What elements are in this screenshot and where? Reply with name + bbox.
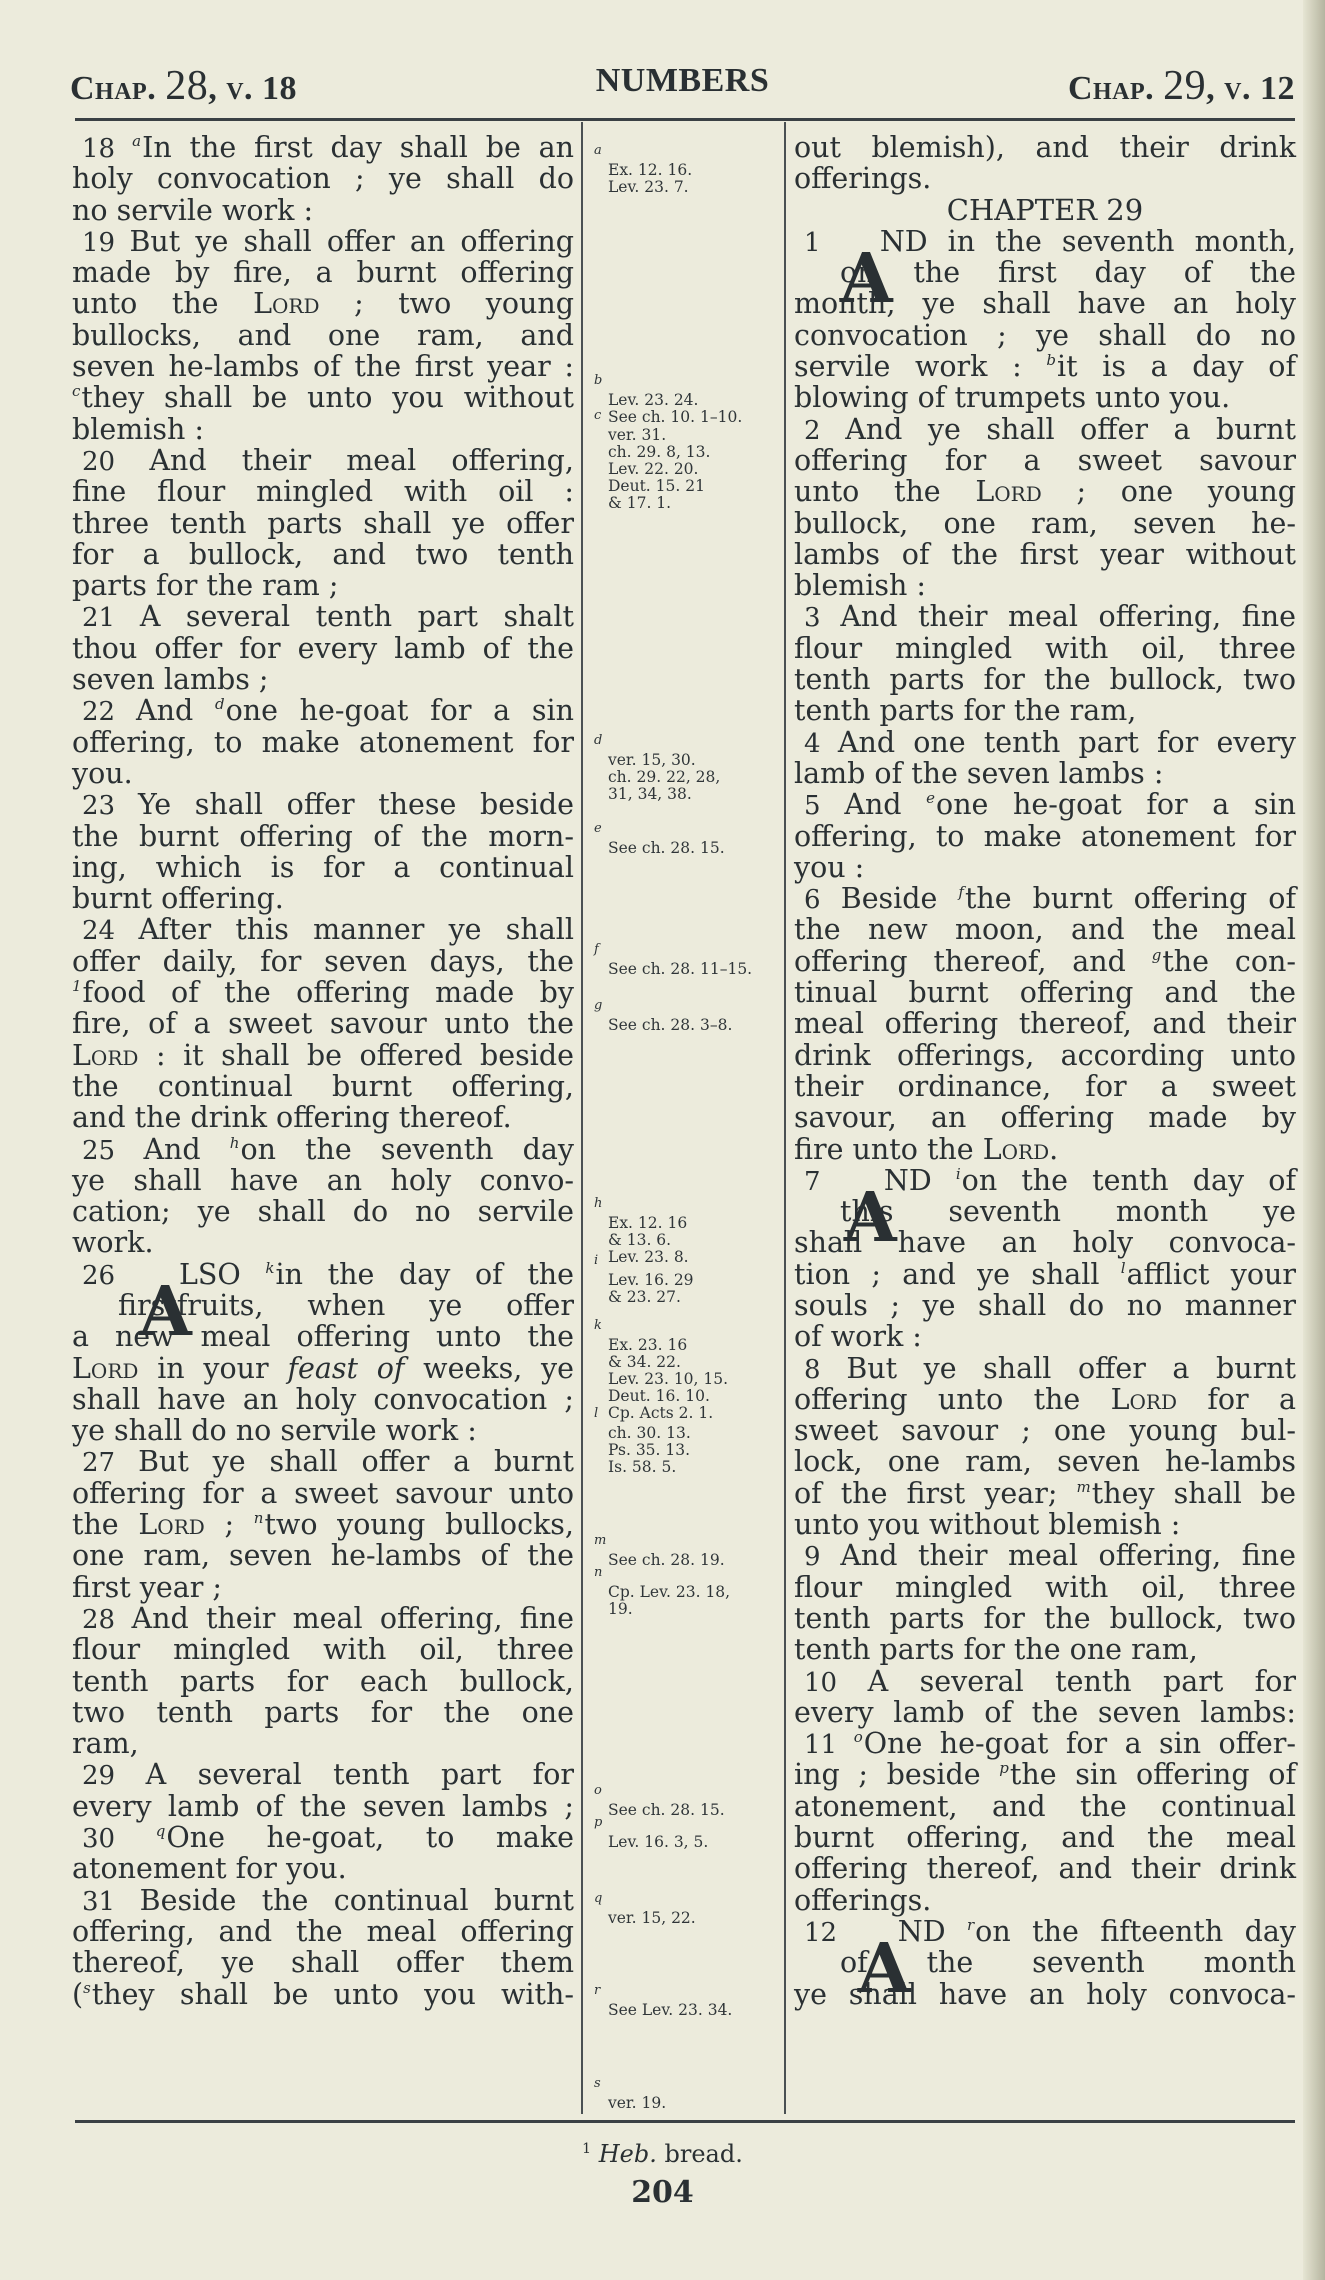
verse-text: ye shall do no servile work :	[72, 1414, 477, 1447]
verse-text: offer daily, for seven days, the	[72, 945, 574, 978]
verse-text: unto the	[72, 287, 253, 320]
text-line: 29 A several tenth part for	[72, 1759, 574, 1790]
text-line: ye shall have an holy convo-	[72, 1165, 574, 1196]
verse-text: ; one young	[1042, 475, 1296, 508]
text-line: work.	[72, 1227, 574, 1258]
text-line: souls ; ye shall do no manner	[794, 1290, 1296, 1321]
verse-text: drink offerings, according unto	[794, 1039, 1296, 1072]
text-line: lamb of the seven lambs :	[794, 758, 1296, 789]
reference-text: & 23. 27.	[594, 1289, 782, 1306]
text-line: ing ; beside pthe sin offering of	[794, 1759, 1296, 1790]
text-line: 19 But ye shall offer an offering	[72, 226, 574, 257]
verse-text: out blemish), and their drink	[794, 131, 1296, 164]
verse-text: holy convocation ; ye shall do	[72, 162, 574, 195]
verse-text: two young bullocks,	[264, 1508, 574, 1541]
text-line: Lord in your feast of weeks, ye	[72, 1353, 574, 1384]
reference-text: See ch. 28. 11–15.	[594, 961, 782, 978]
text-line: blemish :	[794, 570, 1296, 601]
verse-text: unto you without blemish :	[794, 1508, 1180, 1541]
text-line: 5 And eone he-goat for a sin	[794, 789, 1296, 820]
cross-reference-marker: k	[265, 1259, 274, 1277]
verse-text: And	[143, 1133, 229, 1166]
chapter-title: CHAPTER 29	[947, 193, 1143, 227]
reference-letter: d	[594, 733, 602, 748]
chapter-heading: CHAPTER 29	[794, 195, 1296, 226]
verse-text: ye shall have an holy convo-	[72, 1164, 574, 1197]
reference-text: & 34. 22.	[594, 1354, 782, 1371]
text-line: 18 aIn the first day shall be an	[72, 132, 574, 163]
text-line: 1 AND in the seventh month,	[794, 226, 1296, 257]
text-line: the continual burnt offering,	[72, 1071, 574, 1102]
margin-reference: pLev. 16. 3, 5.	[594, 1814, 782, 1851]
running-head: Chap. 28, v. 18 NUMBERS Chap. 29, v. 12	[70, 62, 1295, 112]
verse-text: .	[1049, 1133, 1058, 1166]
reference-text: ver. 31.	[594, 427, 782, 444]
verse-text: convocation ; ye shall do no	[794, 319, 1296, 352]
reference-text: Ex. 12. 16.	[594, 162, 782, 179]
footer-rule	[75, 2120, 1295, 2123]
reference-text: Deut. 16. 10.	[594, 1388, 782, 1405]
verse-number: 11	[804, 1730, 854, 1760]
reference-letter: n	[594, 1565, 602, 1580]
reference-letter: c	[594, 408, 601, 423]
text-line: meal offering thereof, and their	[794, 1008, 1296, 1039]
reference-letter: f	[594, 942, 599, 957]
verse-text: one he-goat for a sin	[936, 788, 1296, 821]
verse-text: bullock, one ram, seven he-	[794, 507, 1296, 540]
verse-text: After this manner ye shall	[139, 913, 574, 946]
cross-reference-marker: i	[956, 1165, 961, 1183]
verse-text: every lamb of the seven lambs:	[794, 1696, 1296, 1729]
verse-text: lamb of the seven lambs :	[794, 757, 1163, 790]
verse-text: first year ;	[72, 1571, 222, 1604]
cross-reference-marker: e	[926, 789, 935, 807]
text-line: offer daily, for seven days, the	[72, 946, 574, 977]
reference-letter: r	[594, 1983, 600, 1998]
verse-text: lock, one ram, seven he-lambs	[794, 1445, 1296, 1478]
reference-text: Lev. 16. 29	[594, 1272, 782, 1289]
divine-name: Lord	[975, 475, 1041, 508]
verse-text: blowing of trumpets unto you.	[794, 381, 1230, 414]
verse-number: 6	[804, 885, 841, 915]
verse-text: it is a day of	[1057, 350, 1296, 383]
verse-text: burnt offering.	[72, 882, 284, 915]
verse-text: A several tenth part for	[868, 1665, 1296, 1698]
verse-text: A several tenth part for	[146, 1758, 574, 1791]
verse-number: 26	[82, 1261, 139, 1291]
text-line: one ram, seven he-lambs of the	[72, 1540, 574, 1571]
margin-reference: eSee ch. 28. 15.	[594, 820, 782, 857]
verse-text: atonement for you.	[72, 1852, 347, 1885]
verse-text: made by fire, a burnt offering	[72, 256, 574, 289]
text-line: their ordinance, for a sweet	[794, 1071, 1296, 1102]
reference-letter: a	[594, 143, 602, 158]
divine-name: Lord	[253, 287, 319, 320]
verse-text: in your	[138, 1352, 287, 1385]
verse-text: they shall be unto you with-	[92, 1978, 574, 2011]
text-line: convocation ; ye shall do no	[794, 320, 1296, 351]
verse-text: But ye shall offer a burnt	[138, 1445, 574, 1478]
cross-reference-marker: m	[1077, 1478, 1091, 1496]
verse-text: afflict your	[1127, 1258, 1296, 1291]
verse-text: offering, to make atonement for	[794, 820, 1296, 853]
text-line: seven lambs ;	[72, 664, 574, 695]
reference-text: & 17. 1.	[594, 495, 782, 512]
verse-number: 20	[82, 447, 149, 477]
reference-text: Deut. 15. 21	[594, 478, 782, 495]
verse-text: tenth parts for the ram,	[794, 694, 1136, 727]
verse-text: blemish :	[794, 569, 926, 602]
text-line: offerings.	[794, 163, 1296, 194]
cross-reference-marker: o	[854, 1728, 863, 1746]
verse-text: parts for the ram ;	[72, 569, 338, 602]
text-line: sweet savour ; one young bul-	[794, 1415, 1296, 1446]
margin-reference: lch. 30. 13.Ps. 35. 13.Is. 58. 5.	[594, 1405, 782, 1476]
verse-text: And	[136, 694, 215, 727]
verse-text: work.	[72, 1226, 154, 1259]
verse-text: Beside the continual burnt	[140, 1884, 574, 1917]
verse-text: one he-goat for a sin	[226, 694, 574, 727]
verse-text: savour, an offering made by	[794, 1101, 1296, 1134]
reference-letter: s	[594, 2076, 601, 2091]
verse-text: shall have an holy convocation ;	[72, 1383, 574, 1416]
verse-text: offering, and the meal offering	[72, 1915, 574, 1948]
reference-text: See ch. 28. 15.	[594, 840, 782, 857]
text-line: parts for the ram ;	[72, 570, 574, 601]
verse-number: 8	[804, 1355, 846, 1385]
verse-text: And their meal offering, fine	[840, 600, 1296, 633]
reference-text: Ex. 12. 16	[594, 1215, 782, 1232]
cross-reference-marker: d	[215, 695, 225, 713]
text-line: atonement for you.	[72, 1853, 574, 1884]
text-line: thou offer for every lamb of the	[72, 633, 574, 664]
reference-text: Lev. 23. 7.	[594, 179, 782, 196]
text-line: unto you without blemish :	[794, 1509, 1296, 1540]
margin-reference: sver. 19.	[594, 2075, 782, 2112]
text-line: 6 Beside fthe burnt offering of	[794, 883, 1296, 914]
text-line: 4 And one tenth part for every	[794, 727, 1296, 758]
verse-text: for a bullock, and two tenth	[72, 538, 574, 571]
text-line: two tenth parts for the one	[72, 1697, 574, 1728]
verse-text: on the seventh day	[240, 1133, 574, 1166]
verse-text: one ram, seven he-lambs of the	[72, 1539, 574, 1572]
reference-text: Ex. 23. 16	[594, 1337, 782, 1354]
page-number: 204	[0, 2175, 1325, 2210]
verse-number: 19	[82, 228, 129, 258]
text-line: 26 ALSO kin the day of the	[72, 1259, 574, 1290]
verse-text: A several tenth part shalt	[140, 600, 574, 633]
text-line: tenth parts for the ram,	[794, 695, 1296, 726]
cross-reference-marker: f	[958, 883, 964, 901]
text-line: 27 But ye shall offer a burnt	[72, 1446, 574, 1477]
reference-letter: b	[594, 373, 602, 388]
header-rule	[75, 118, 1295, 121]
verse-text: offering for a sweet savour	[794, 444, 1296, 477]
reference-text: ver. 15, 30.	[594, 752, 782, 769]
verse-text: ram,	[72, 1727, 139, 1760]
text-line: fire, of a sweet savour unto the	[72, 1008, 574, 1039]
reference-text: Lev. 16. 3, 5.	[594, 1834, 782, 1851]
verse-text: offering for a sweet savour unto	[72, 1477, 574, 1510]
verse-text: offering thereof, and their drink	[794, 1852, 1296, 1885]
cross-reference-marker: 1	[72, 977, 82, 995]
verse-text: this seventh month ye	[840, 1195, 1296, 1228]
verse-text: Ye shall offer these beside	[138, 788, 574, 821]
verse-number: 23	[82, 791, 138, 821]
text-line: for a bullock, and two tenth	[72, 539, 574, 570]
reference-letter: e	[594, 821, 602, 836]
text-line: savour, an offering made by	[794, 1102, 1296, 1133]
verse-number: 24	[82, 916, 139, 946]
text-line: the Lord ; ntwo young bullocks,	[72, 1509, 574, 1540]
text-line: shall have an holy convocation ;	[72, 1384, 574, 1415]
verse-text: thou offer for every lamb of the	[72, 632, 574, 665]
verse-text: One he-goat for a sin offer-	[864, 1727, 1296, 1760]
text-line: 23 Ye shall offer these beside	[72, 789, 574, 820]
verse-text: tenth parts for the bullock, two	[794, 663, 1296, 696]
verse-text: And one tenth part for every	[838, 726, 1296, 759]
text-line: no servile work :	[72, 195, 574, 226]
cross-reference-marker: s	[83, 1979, 91, 1997]
text-line: offering, and the meal offering	[72, 1916, 574, 1947]
text-line: seven he-lambs of the first year :	[72, 351, 574, 382]
verse-text: And their meal offering, fine	[132, 1602, 574, 1635]
text-line: 3 And their meal offering, fine	[794, 601, 1296, 632]
reference-text: See ch. 28. 3–8.	[594, 1017, 782, 1034]
verse-text: blemish :	[72, 413, 204, 446]
margin-reference: aEx. 12. 16.Lev. 23. 7.	[594, 142, 782, 196]
text-line: unto the Lord ; one young	[794, 476, 1296, 507]
verse-text: And their meal offering, fine	[840, 1539, 1296, 1572]
reference-letter: o	[594, 1783, 602, 1798]
text-line: 7 AND ion the tenth day of	[794, 1165, 1296, 1196]
text-line: three tenth parts shall ye offer	[72, 508, 574, 539]
verse-text: thereof, ye shall offer them	[72, 1946, 574, 1979]
running-head-right: Chap. 29, v. 12	[1068, 62, 1295, 110]
verse-text: food of the offering made by	[83, 976, 574, 1009]
page-edge-shadow	[1303, 0, 1325, 2280]
verse-text: no servile work :	[72, 194, 313, 227]
verse-number: 30	[82, 1824, 156, 1854]
cross-reference-marker: a	[132, 132, 141, 150]
verse-text: In the first day shall be an	[142, 131, 574, 164]
verse-text: of work :	[794, 1320, 922, 1353]
text-line: cation; ye shall do no servile	[72, 1196, 574, 1227]
verse-number: 28	[82, 1605, 132, 1635]
reference-letter: k	[594, 1318, 602, 1333]
verse-number: 27	[82, 1448, 138, 1478]
verse-text: tenth parts for each bullock,	[72, 1665, 574, 1698]
verse-text: of the first year;	[794, 1477, 1077, 1510]
divine-name: Lord	[1111, 1383, 1177, 1416]
verse-text: offering unto the	[794, 1383, 1111, 1416]
cross-reference-marker: h	[230, 1134, 240, 1152]
verse-text: seven lambs ;	[72, 663, 269, 696]
verse-text: you.	[72, 757, 133, 790]
reference-text: Lev. 23. 10, 15.	[594, 1371, 782, 1388]
verse-text: weeks, ye	[404, 1352, 574, 1385]
verse-text: bullocks, and one ram, and	[72, 319, 574, 352]
text-line: ram,	[72, 1728, 574, 1759]
text-line: first year ;	[72, 1572, 574, 1603]
footnote: 1 Heb. bread.	[0, 2140, 1325, 2168]
text-line: lock, one ram, seven he-lambs	[794, 1446, 1296, 1477]
text-line: offering, to make atonement for	[794, 821, 1296, 852]
text-line: blemish :	[72, 414, 574, 445]
verse-text: atonement, and the continual	[794, 1790, 1296, 1823]
text-line: tenth parts for each bullock,	[72, 1666, 574, 1697]
verse-text: offering thereof, and	[794, 945, 1152, 978]
text-line: out blemish), and their drink	[794, 132, 1296, 163]
cross-reference-marker: r	[967, 1916, 974, 1934]
text-line: 24 After this manner ye shall	[72, 914, 574, 945]
text-line: ye shall do no servile work :	[72, 1415, 574, 1446]
text-line: 1food of the offering made by	[72, 977, 574, 1008]
text-line: of the first year; mthey shall be	[794, 1478, 1296, 1509]
verse-text: on the tenth day of	[962, 1164, 1296, 1197]
reference-text: See Lev. 23. 34.	[594, 2002, 782, 2019]
text-line: offering thereof, and gthe con-	[794, 946, 1296, 977]
reference-text: 19.	[594, 1601, 782, 1618]
verse-text: burnt offering, and the meal	[794, 1821, 1296, 1854]
cross-reference-marker: n	[254, 1509, 264, 1527]
reference-text: ver. 19.	[594, 2095, 782, 2112]
verse-text: the new moon, and the meal	[794, 913, 1296, 946]
text-line: 12 AND ron the fifteenth day	[794, 1916, 1296, 1947]
verse-text: fire unto the	[794, 1133, 983, 1166]
verse-text: And ye shall offer a burnt	[845, 413, 1296, 446]
verse-text: every lamb of the seven lambs ;	[72, 1790, 574, 1823]
verse-text: ;	[205, 1508, 254, 1541]
text-line: thereof, ye shall offer them	[72, 1947, 574, 1978]
verse-text: fine flour mingled with oil :	[72, 475, 574, 508]
text-line: blowing of trumpets unto you.	[794, 382, 1296, 413]
verse-number: 25	[82, 1136, 143, 1166]
cross-reference-marker: c	[72, 382, 80, 400]
text-line: fine flour mingled with oil :	[72, 476, 574, 507]
text-line: 8 But ye shall offer a burnt	[794, 1353, 1296, 1384]
text-line: holy convocation ; ye shall do	[72, 163, 574, 194]
reference-letter: l	[594, 1406, 598, 1421]
reference-letter: m	[594, 1533, 606, 1548]
verse-text: tenth parts for the bullock, two	[794, 1602, 1296, 1635]
verse-text: flour mingled with oil, three	[794, 1571, 1296, 1604]
text-line: offering for a sweet savour unto	[72, 1478, 574, 1509]
text-line: burnt offering.	[72, 883, 574, 914]
verse-text: tenth parts for the one ram,	[794, 1633, 1198, 1666]
verse-text: ing ; beside	[794, 1758, 999, 1791]
reference-text: ch. 30. 13.	[594, 1425, 782, 1442]
verse-text: the burnt offering of	[965, 882, 1296, 915]
text-line: 10 A several tenth part for	[794, 1666, 1296, 1697]
verse-text: fire, of a sweet savour unto the	[72, 1007, 574, 1040]
margin-reference: dver. 15, 30.ch. 29. 22, 28,31, 34, 38.	[594, 732, 782, 803]
verse-text: ND in the seventh month,	[880, 225, 1296, 258]
verse-text: the sin offering of	[1010, 1758, 1296, 1791]
text-line: servile work : bit is a day of	[794, 351, 1296, 382]
cross-reference-marker: l	[1121, 1259, 1126, 1277]
reference-letter: h	[594, 1196, 602, 1211]
text-line: 9 And their meal offering, fine	[794, 1540, 1296, 1571]
reference-text: ch. 29. 22, 28,	[594, 769, 782, 786]
text-line: 31 Beside the continual burnt	[72, 1885, 574, 1916]
text-line: you.	[72, 758, 574, 789]
verse-number: 21	[82, 603, 140, 633]
text-line: flour mingled with oil, three	[794, 1572, 1296, 1603]
verse-text: lambs of the first year without	[794, 538, 1296, 571]
text-line: every lamb of the seven lambs ;	[72, 1791, 574, 1822]
text-line: tion ; and ye shall lafflict your	[794, 1259, 1296, 1290]
verse-number: 12	[804, 1918, 858, 1948]
verse-text: But ye shall offer a burnt	[846, 1352, 1296, 1385]
margin-reference: gSee ch. 28. 3–8.	[594, 997, 782, 1034]
verse-text: Beside	[841, 882, 959, 915]
text-line: (sthey shall be unto you with-	[72, 1979, 574, 2010]
verse-text: unto the	[794, 475, 975, 508]
text-line: flour mingled with oil, three	[794, 633, 1296, 664]
verse-text: the con-	[1162, 945, 1296, 978]
right-text-column: out blemish), and their drinkofferings.C…	[794, 132, 1296, 2010]
verse-text: (	[72, 1978, 83, 2011]
reference-text: Lev. 22. 20.	[594, 461, 782, 478]
margin-reference: qver. 15, 22.	[594, 1890, 782, 1927]
verse-text: on the first day of the	[840, 256, 1296, 289]
verse-number: 5	[804, 791, 844, 821]
verse-text: ; two young	[320, 287, 574, 320]
verse-text: they shall be unto you without	[81, 381, 574, 414]
text-line: 21 A several tenth part shalt	[72, 601, 574, 632]
verse-text: offering, to make atonement for	[72, 726, 574, 759]
text-line: tenth parts for the bullock, two	[794, 664, 1296, 695]
verse-text: two tenth parts for the one	[72, 1696, 574, 1729]
text-line: offering thereof, and their drink	[794, 1853, 1296, 1884]
text-line: 20 And their meal offering,	[72, 445, 574, 476]
cross-reference-marker: g	[1152, 946, 1162, 964]
text-line: tinual burnt offering and the	[794, 977, 1296, 1008]
verse-text: on the fifteenth day	[975, 1915, 1296, 1948]
verse-number: 29	[82, 1761, 146, 1791]
verse-text: for a	[1177, 1383, 1296, 1416]
divine-name: Lord	[72, 1352, 138, 1385]
text-line: 11 oOne he-goat for a sin offer-	[794, 1728, 1296, 1759]
text-line: fire unto the Lord.	[794, 1134, 1296, 1165]
verse-text: in the day of the	[276, 1258, 574, 1291]
verse-text: souls ; ye shall do no manner	[794, 1289, 1296, 1322]
reference-letter: p	[594, 1815, 602, 1830]
text-line: 22 And done he-goat for a sin	[72, 695, 574, 726]
text-line: tenth parts for the bullock, two	[794, 1603, 1296, 1634]
text-line: the new moon, and the meal	[794, 914, 1296, 945]
verse-text: and the drink offering thereof.	[72, 1101, 512, 1134]
verse-text: : it shall be offered beside	[138, 1039, 574, 1072]
verse-number: 1	[804, 228, 840, 258]
verse-text: And their meal offering,	[149, 444, 574, 477]
verse-number: 31	[82, 1887, 140, 1917]
verse-text: ing, which is for a continual	[72, 851, 574, 884]
verse-text: cation; ye shall do no servile	[72, 1195, 574, 1228]
text-line: flour mingled with oil, three	[72, 1634, 574, 1665]
reference-letter: g	[594, 998, 602, 1013]
text-line: 25 And hon the seventh day	[72, 1134, 574, 1165]
reference-text: 31, 34, 38.	[594, 786, 782, 803]
verse-number: 10	[804, 1668, 868, 1698]
verse-number: 2	[804, 416, 845, 446]
margin-reference: rSee Lev. 23. 34.	[594, 1982, 782, 2019]
verse-number: 18	[82, 134, 132, 164]
column-divider-left	[581, 122, 583, 2114]
reference-letter: i	[594, 1253, 598, 1268]
text-line: cthey shall be unto you without	[72, 382, 574, 413]
